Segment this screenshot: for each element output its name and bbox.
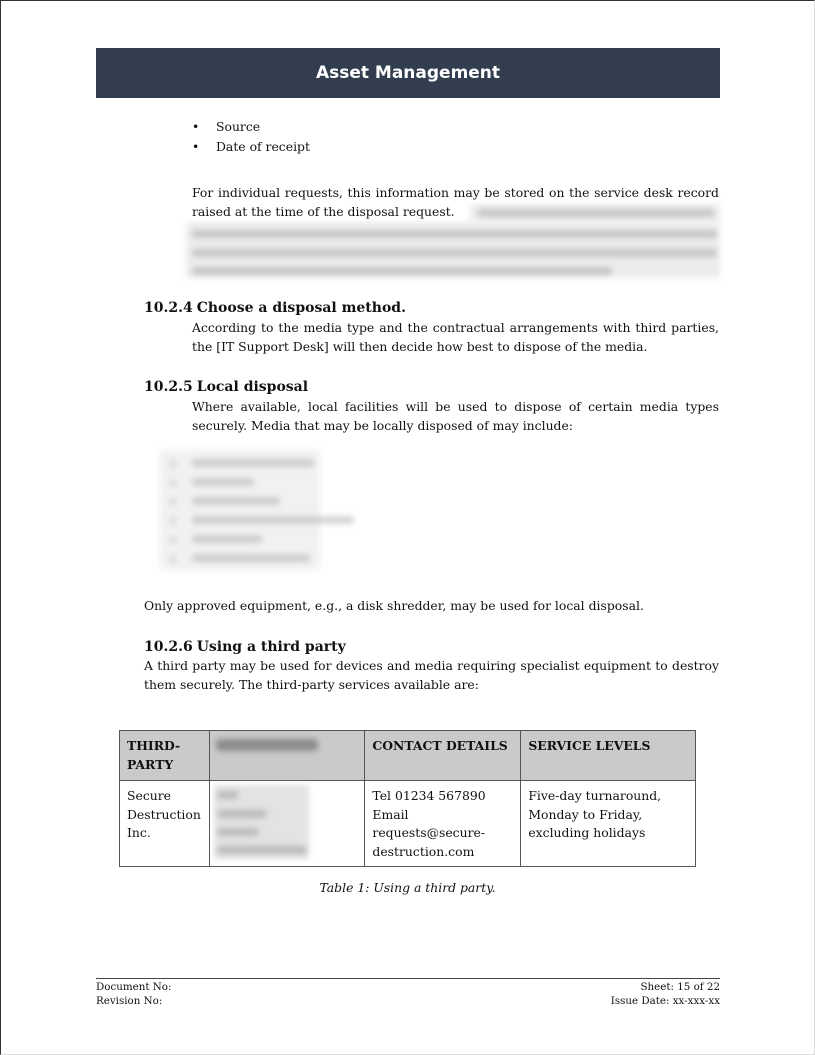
footer-sheet: Sheet: 15 of 22 <box>611 980 720 994</box>
section-heading-10-2-6: 10.2.6Using a third party <box>144 638 346 656</box>
table-row: Secure Destruction Inc. Tel 01234 567890… <box>120 781 696 867</box>
footer-left: Document No: Revision No: <box>96 980 171 1008</box>
third-party-table: THIRD-PARTY CONTACT DETAILS SERVICE LEVE… <box>119 730 696 867</box>
footer-right: Sheet: 15 of 22 Issue Date: xx-xxx-xx <box>611 980 720 1008</box>
header-band: Asset Management <box>96 48 720 98</box>
page-frame <box>0 0 815 1055</box>
footer-issue-date: Issue Date: xx-xxx-xx <box>611 994 720 1008</box>
footer-revision-no: Revision No: <box>96 994 171 1008</box>
section-number: 10.2.6 <box>144 639 193 655</box>
column-header-redacted <box>209 731 364 781</box>
footer-divider <box>96 978 720 979</box>
cell-contact-details: Tel 01234 567890 Email requests@secure-d… <box>365 781 521 867</box>
bullet-item: Source <box>192 117 310 137</box>
contact-phone: Tel 01234 567890 <box>372 787 513 806</box>
section-number: 10.2.4 <box>144 300 193 316</box>
section-title: Using a third party <box>197 639 346 655</box>
section-title: Local disposal <box>197 379 308 395</box>
section-heading-10-2-4: 10.2.4Choose a disposal method. <box>144 299 406 317</box>
column-header-service-levels: SERVICE LEVELS <box>521 731 696 781</box>
header-title: Asset Management <box>316 63 500 83</box>
bullet-item: Date of receipt <box>192 137 310 157</box>
bullet-list-top: Source Date of receipt <box>192 117 310 156</box>
section-body-10-2-4: According to the media type and the cont… <box>192 318 719 356</box>
section-heading-10-2-5: 10.2.5Local disposal <box>144 378 308 396</box>
cell-third-party: Secure Destruction Inc. <box>120 781 210 867</box>
section-body-10-2-6: A third party may be used for devices an… <box>144 656 719 694</box>
column-header-contact-details: CONTACT DETAILS <box>365 731 521 781</box>
column-header-third-party: THIRD-PARTY <box>120 731 210 781</box>
paragraph-local-equipment: Only approved equipment, e.g., a disk sh… <box>144 596 720 615</box>
section-number: 10.2.5 <box>144 379 193 395</box>
table-caption: Table 1: Using a third party. <box>0 880 815 895</box>
footer-document-no: Document No: <box>96 980 171 994</box>
section-title: Choose a disposal method. <box>197 300 406 316</box>
cell-service-levels: Five-day turnaround, Monday to Friday, e… <box>521 781 696 867</box>
contact-email-link[interactable]: requests@secure-destruction.com <box>372 824 492 861</box>
cell-redacted <box>209 781 364 867</box>
section-body-10-2-5: Where available, local facilities will b… <box>192 397 719 435</box>
table-header-row: THIRD-PARTY CONTACT DETAILS SERVICE LEVE… <box>120 731 696 781</box>
contact-email-label: Email <box>372 806 513 825</box>
